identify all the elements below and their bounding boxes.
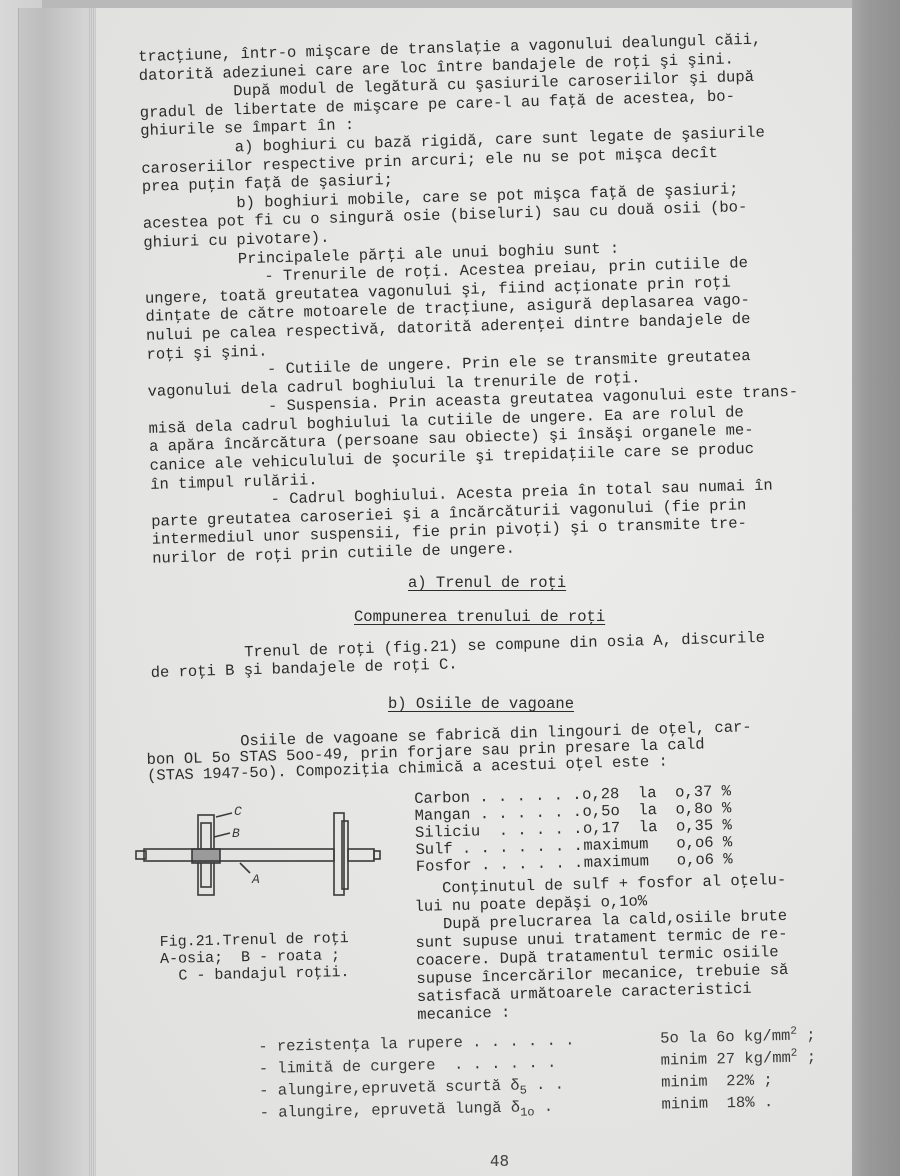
wheelset-figure: C B A: [130, 805, 400, 905]
intro-text-block: tracţiune, într-o mişcare de translaţie …: [138, 28, 882, 569]
label-b: B: [232, 826, 240, 841]
chemical-composition-table: Carbon . . . . . .o,28 la o,37 %Mangan .…: [414, 782, 733, 875]
label-c: C: [234, 805, 242, 819]
element-value: maximum o,o6 %: [584, 850, 733, 871]
property-value: minim 22% ;: [661, 1071, 773, 1091]
page-number: 48: [490, 1152, 509, 1170]
mechanical-properties-list: - rezistenţa la rupere . . . . . .5o la …: [258, 1022, 817, 1122]
property-value: 5o la 6o kg/mm2 ;: [660, 1026, 816, 1047]
figure-caption: Fig.21.Trenul de roţi A-osia; B - roata …: [159, 930, 349, 985]
post-composition-text: Conţinutul de sulf + fosfor al oţelu-lui…: [414, 869, 877, 1024]
property-value: minim 27 kg/mm2 ;: [660, 1048, 816, 1069]
section-a-heading: a) Trenul de roţi: [408, 574, 566, 592]
element-name: Fosfor . . . . . .: [416, 854, 584, 875]
section-b-heading: b) Osiile de vagoane: [388, 695, 574, 713]
book-binding-edge: [18, 8, 99, 1176]
property-value: minim 18% .: [661, 1093, 773, 1113]
label-a: A: [251, 872, 260, 887]
section-a-subheading: Compunerea trenului de roţi: [354, 608, 605, 626]
